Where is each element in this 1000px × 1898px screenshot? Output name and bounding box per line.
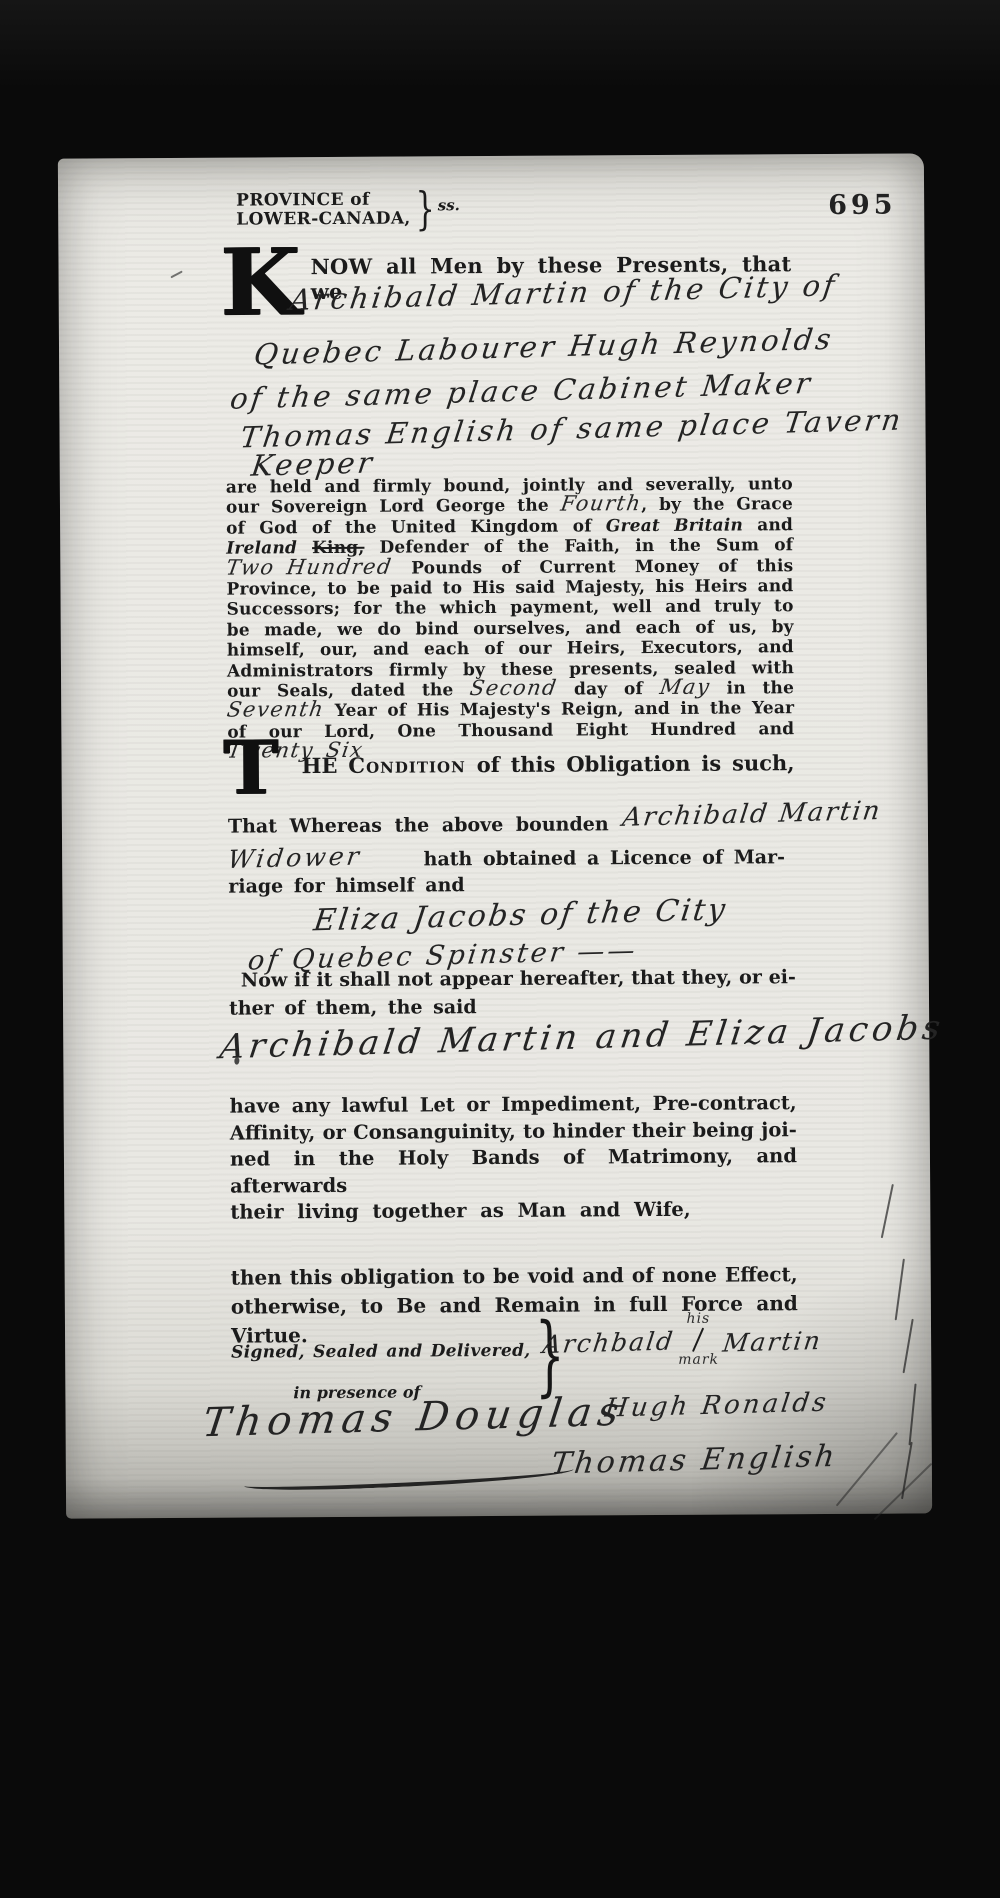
principal-first-name: Archbald xyxy=(541,1326,676,1359)
impediment-line-4: their living together as Man and Wife, xyxy=(230,1196,797,1226)
hw-regnal-year: Seventh xyxy=(226,703,325,718)
bond-clause: are held and firmly bound, jointly and s… xyxy=(226,474,795,763)
page-number: 695 xyxy=(828,190,897,221)
province-line2: LOWER-CANADA, xyxy=(236,210,411,230)
hw-month: May xyxy=(659,680,712,694)
signed-sealed-delivered: Signed, Sealed and Delivered, xyxy=(231,1341,530,1363)
province-line1: PROVINCE of xyxy=(236,191,411,211)
paper-crease xyxy=(908,1384,916,1446)
now-if-line-2: ther of them, the said xyxy=(229,996,477,1020)
paper-crease xyxy=(903,1319,914,1374)
licence-line: Widower hath obtained a Licence of Mar- xyxy=(228,840,785,872)
header-brace: } xyxy=(416,183,435,236)
impediment-paragraph: have any lawful Let or Impediment, Pre-c… xyxy=(230,1090,798,1226)
mark-label-mark: mark xyxy=(678,1354,719,1367)
principal-signature-his-mark: Archbald his mark Martin xyxy=(543,1314,822,1370)
clause-text-segment: in the xyxy=(710,678,794,699)
hw-bride-line-1: Eliza Jacobs of the City xyxy=(312,892,730,938)
dropcap-T: T xyxy=(223,739,278,797)
ink-speck xyxy=(170,270,182,278)
hw-bounden-name: Archibald Martin xyxy=(620,796,883,833)
document-scan: PROVINCE of LOWER-CANADA, } ss. 695 K NO… xyxy=(0,0,1000,1898)
surety-signature-1: Hugh Ronalds xyxy=(603,1388,830,1424)
hw-day: Second xyxy=(469,681,558,696)
mark-cross-stroke xyxy=(692,1327,704,1352)
dropcap-K: K xyxy=(220,245,297,319)
italic-great-britain: Great Britain xyxy=(606,515,743,536)
jurat-abbreviation: ss. xyxy=(438,196,460,214)
surety-signature-2: Thomas English xyxy=(549,1439,839,1482)
clause-text-segment: Defender of the Faith, in the Sum of xyxy=(364,535,793,558)
clause-text-segment: and xyxy=(743,515,793,535)
witness-signature: Thomas Douglas xyxy=(200,1389,628,1446)
paper-page: PROVINCE of LOWER-CANADA, } ss. 695 K NO… xyxy=(58,153,932,1518)
condition-he: HE xyxy=(301,753,348,778)
hw-status-widower: Widower xyxy=(226,841,364,874)
condition-rest: of this Obligation is such, xyxy=(466,750,795,777)
hw-regnal-number: Fourth xyxy=(560,497,643,512)
paper-crease xyxy=(881,1184,894,1238)
now-if-line-1: Now if it shall not appear hereafter, th… xyxy=(241,966,796,991)
void-line-1: then this obligation to be void and of n… xyxy=(231,1260,798,1292)
condition-word: Condition xyxy=(348,752,466,778)
handwritten-obligor-line-2: Quebec Labourer Hugh Reynolds xyxy=(252,322,836,372)
mark-label-his: his xyxy=(686,1313,710,1326)
province-lines: PROVINCE of LOWER-CANADA, xyxy=(236,191,411,230)
header-province: PROVINCE of LOWER-CANADA, } ss. xyxy=(236,190,460,229)
licence-line-2: riage for himself and xyxy=(228,874,464,897)
licence-printed: hath obtained a Licence of Mar- xyxy=(424,846,785,870)
whereas-printed: That Whereas the above bounden xyxy=(228,813,609,837)
impediment-line-1: have any lawful Let or Impediment, Pre-c… xyxy=(230,1090,797,1120)
principal-last-name: Martin xyxy=(721,1325,824,1357)
clause-text-segment: day of xyxy=(557,679,659,700)
signature-flourish xyxy=(244,1462,574,1494)
impediment-line-2: Affinity, or Consanguinity, to hinder th… xyxy=(230,1117,797,1147)
his-mark-stack: his mark xyxy=(678,1313,719,1367)
paper-fold-line xyxy=(836,1432,898,1506)
whereas-line: That Whereas the above bounden Archibald… xyxy=(228,806,881,840)
impediment-line-3: ned in the Holy Bands of Matrimony, and … xyxy=(230,1143,797,1199)
paper-crease xyxy=(895,1259,905,1321)
hw-sum: Two Hundred xyxy=(225,559,393,574)
condition-opening-line: HE Condition of this Obligation is such, xyxy=(301,750,794,778)
paper-fold-line xyxy=(874,1463,933,1520)
